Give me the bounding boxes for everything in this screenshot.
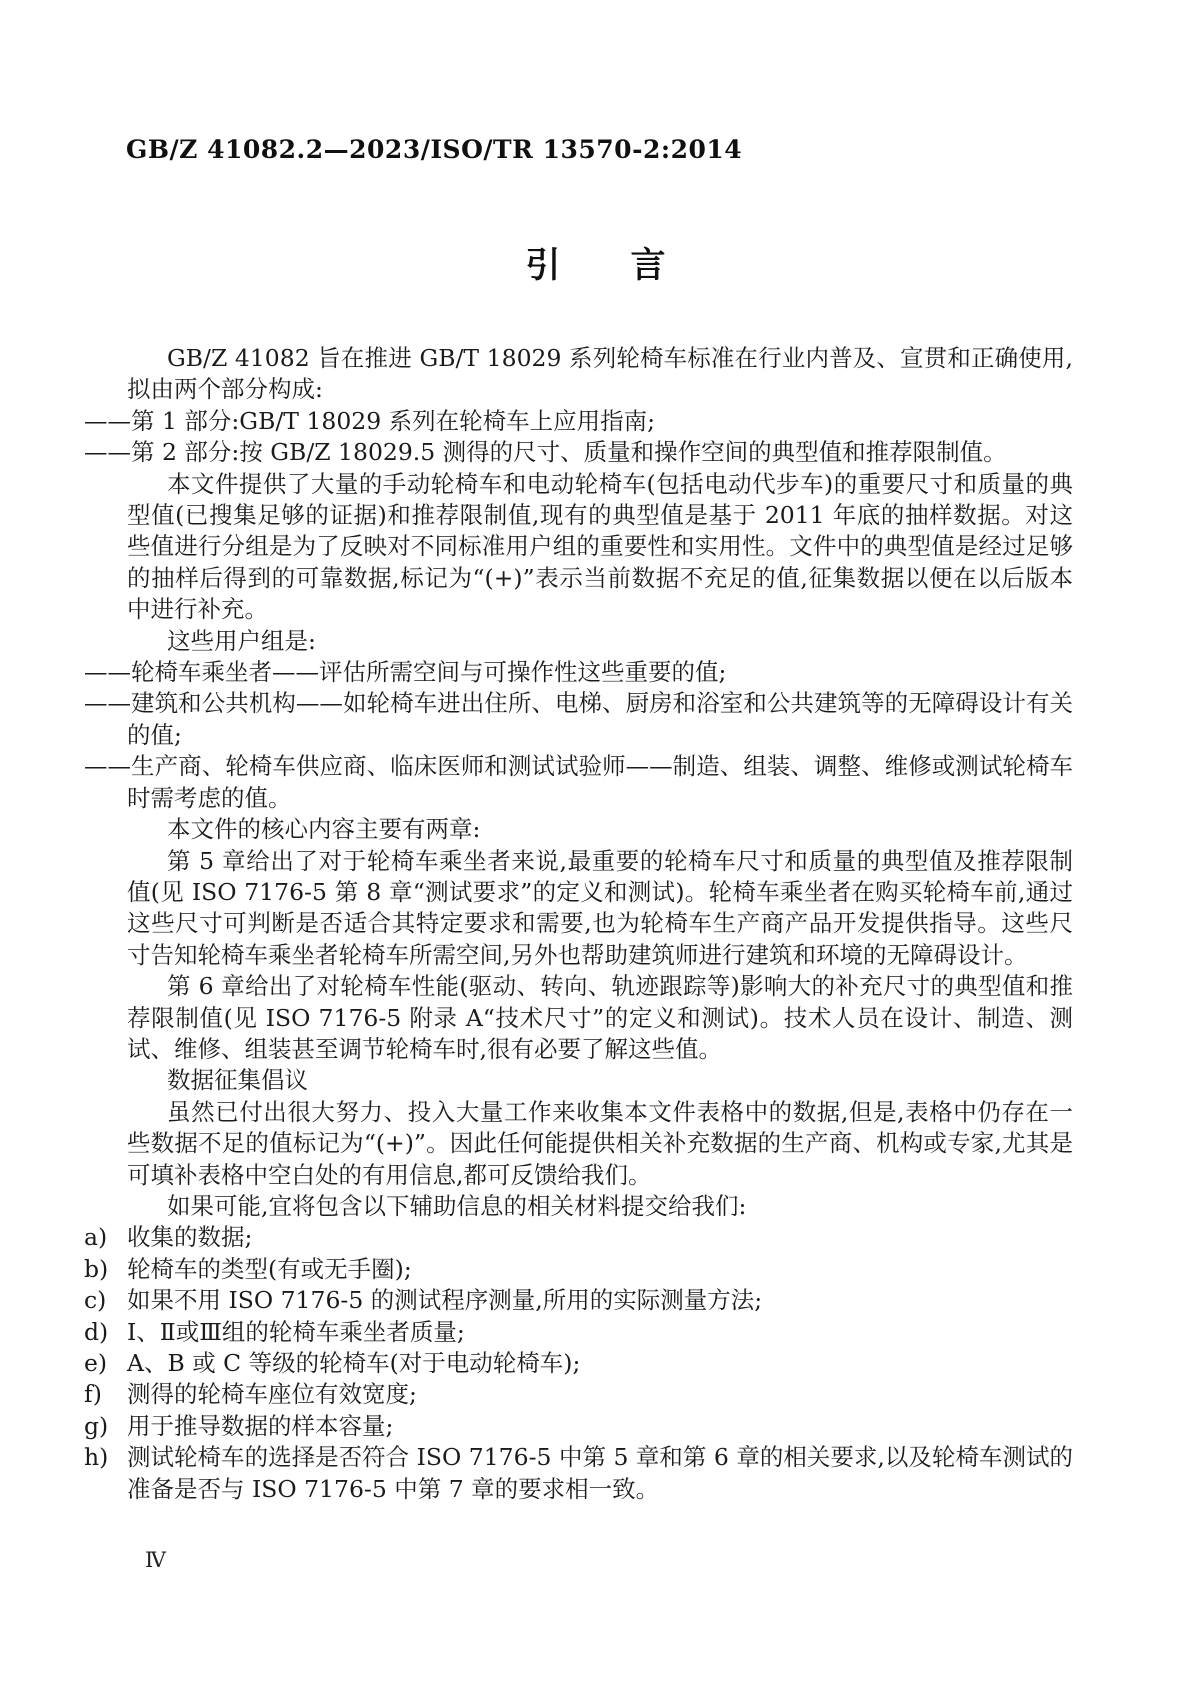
paragraph: 虽然已付出很大努力、投入大量工作来收集本文件表格中的数据,但是,表格中仍存在一些… (127, 1097, 1073, 1191)
list-item-marker: g) (84, 1411, 127, 1442)
document-body: GB/Z 41082 旨在推进 GB/T 18029 系列轮椅车标准在行业内普及… (127, 343, 1073, 1505)
lettered-list-item: a)收集的数据; (127, 1222, 1073, 1253)
paragraph: 本文件提供了大量的手动轮椅车和电动轮椅车(包括电动代步车)的重要尺寸和质量的典型… (127, 469, 1073, 626)
lettered-list-item: h)测试轮椅车的选择是否符合 ISO 7176-5 中第 5 章和第 6 章的相… (127, 1442, 1073, 1505)
list-item-text: Ⅰ、Ⅱ或Ⅲ组的轮椅车乘坐者质量; (127, 1318, 465, 1346)
list-item-marker: c) (84, 1285, 127, 1316)
paragraph: 本文件的核心内容主要有两章: (127, 814, 1073, 845)
paragraph: 第 5 章给出了对于轮椅车乘坐者来说,最重要的轮椅车尺寸和质量的典型值及推荐限制… (127, 846, 1073, 972)
list-item-text: A、B 或 C 等级的轮椅车(对于电动轮椅车); (127, 1349, 580, 1377)
page-title: 引 言 (0, 238, 1191, 288)
lettered-list-item: e)A、B 或 C 等级的轮椅车(对于电动轮椅车); (127, 1348, 1073, 1379)
list-item-text: 测得的轮椅车座位有效宽度; (127, 1380, 417, 1408)
list-item-text: 测试轮椅车的选择是否符合 ISO 7176-5 中第 5 章和第 6 章的相关要… (127, 1443, 1073, 1502)
list-item-marker: d) (84, 1317, 127, 1348)
lettered-list-item: c)如果不用 ISO 7176-5 的测试程序测量,所用的实际测量方法; (127, 1285, 1073, 1316)
list-item-text: 轮椅车的类型(有或无手圈); (127, 1255, 412, 1283)
paragraph: 这些用户组是: (127, 626, 1073, 657)
document-page: GB/Z 41082.2—2023/ISO/TR 13570-2:2014 引 … (0, 0, 1191, 1685)
standard-number-header: GB/Z 41082.2—2023/ISO/TR 13570-2:2014 (126, 135, 742, 164)
paragraph: GB/Z 41082 旨在推进 GB/T 18029 系列轮椅车标准在行业内普及… (127, 343, 1073, 406)
list-item-text: 用于推导数据的样本容量; (127, 1412, 393, 1440)
dash-list-item: ——轮椅车乘坐者——评估所需空间与可操作性这些重要的值; (127, 657, 1073, 688)
dash-list-item: ——第 1 部分:GB/T 18029 系列在轮椅车上应用指南; (127, 406, 1073, 437)
list-item-marker: f) (84, 1379, 127, 1410)
dash-list-item: ——建筑和公共机构——如轮椅车进出住所、电梯、厨房和浴室和公共建筑等的无障碍设计… (127, 688, 1073, 751)
paragraph: 如果可能,宜将包含以下辅助信息的相关材料提交给我们: (127, 1191, 1073, 1222)
lettered-list-item: f)测得的轮椅车座位有效宽度; (127, 1379, 1073, 1410)
list-item-marker: b) (84, 1254, 127, 1285)
lettered-list-item: b)轮椅车的类型(有或无手圈); (127, 1254, 1073, 1285)
list-item-text: 收集的数据; (127, 1223, 252, 1251)
list-item-marker: a) (84, 1222, 127, 1253)
lettered-list-item: d)Ⅰ、Ⅱ或Ⅲ组的轮椅车乘坐者质量; (127, 1317, 1073, 1348)
dash-list-item: ——第 2 部分:按 GB/Z 18029.5 测得的尺寸、质量和操作空间的典型… (127, 437, 1073, 468)
list-item-marker: e) (84, 1348, 127, 1379)
list-item-marker: h) (84, 1442, 127, 1473)
dash-list-item: ——生产商、轮椅车供应商、临床医师和测试试验师——制造、组装、调整、维修或测试轮… (127, 751, 1073, 814)
lettered-list-item: g)用于推导数据的样本容量; (127, 1411, 1073, 1442)
list-item-text: 如果不用 ISO 7176-5 的测试程序测量,所用的实际测量方法; (127, 1286, 762, 1314)
paragraph: 数据征集倡议 (127, 1065, 1073, 1096)
paragraph: 第 6 章给出了对轮椅车性能(驱动、转向、轨迹跟踪等)影响大的补充尺寸的典型值和… (127, 971, 1073, 1065)
page-number: Ⅳ (145, 1548, 166, 1572)
